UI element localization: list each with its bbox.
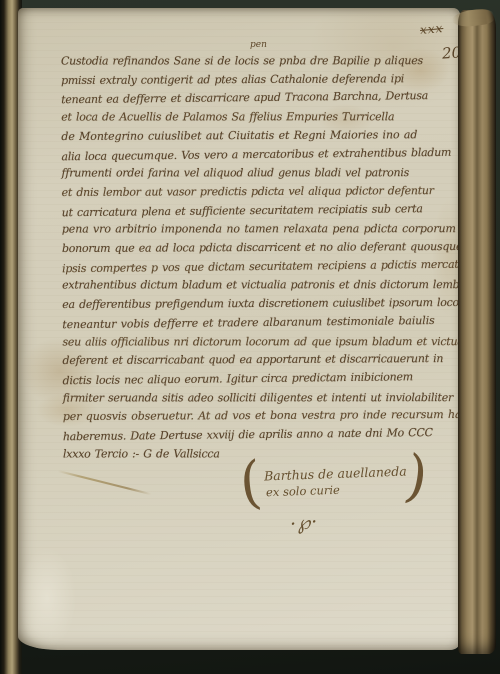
notarial-flourish-mark: ·℘·: [289, 511, 319, 536]
manuscript-line: teneantur vobis defferre et tradere alba…: [62, 312, 454, 335]
parchment-stain: [18, 548, 76, 648]
manuscript-line: firmiter seruanda sitis adeo solliciti d…: [63, 389, 455, 408]
annotation-paren-right-stroke: ): [401, 447, 431, 507]
scribe-annotation: ( Barthus de auellaneda ex solo curie ): [240, 454, 424, 516]
manuscript-line: alia loca quecumque. Vos vero a mercator…: [61, 143, 453, 166]
manuscript-line: ut carricatura plena et sufficiente secu…: [62, 199, 454, 222]
manuscript-line: teneant ea defferre et discarricare apud…: [61, 87, 453, 110]
book-fore-edge: [458, 10, 496, 654]
manuscript-text-block: Custodia refinandos Sane si de locis se …: [61, 51, 455, 465]
crossed-out-folio-mark: xxx: [419, 21, 443, 37]
annotation-note: ex solo curie: [266, 483, 340, 500]
annotation-name: Barthus de auellaneda: [264, 464, 407, 484]
manuscript-line: Custodia refinandos Sane si de locis se …: [61, 52, 453, 71]
manuscript-line: seu aliis officialibus nri dictorum loco…: [62, 333, 454, 352]
manuscript-line: ffrumenti ordei farina vel aliquod aliud…: [62, 164, 454, 183]
diagonal-pen-stroke: [58, 470, 152, 495]
manuscript-line: haberemus. Date Dertuse xxviij die april…: [63, 424, 455, 447]
manuscript-page: xxx 20 pen Custodia refinandos Sane si d…: [18, 8, 460, 650]
annotation-paren-left-stroke: (: [237, 454, 264, 513]
manuscript-line: et loca de Acuellis de Palamos Sa ffeliu…: [61, 108, 453, 127]
interlinear-insertion: pen: [250, 40, 267, 50]
manuscript-photo: xxx 20 pen Custodia refinandos Sane si d…: [0, 0, 500, 674]
manuscript-line: extrahentibus dictum bladum et victualia…: [62, 277, 454, 296]
manuscript-line: pena vro arbitrio imponenda no tamen rel…: [62, 220, 454, 239]
manuscript-line: de Montegrino cuiuslibet aut Ciuitatis e…: [61, 126, 453, 147]
manuscript-line: dictis locis nec aliquo eorum. Igitur ci…: [63, 368, 455, 391]
